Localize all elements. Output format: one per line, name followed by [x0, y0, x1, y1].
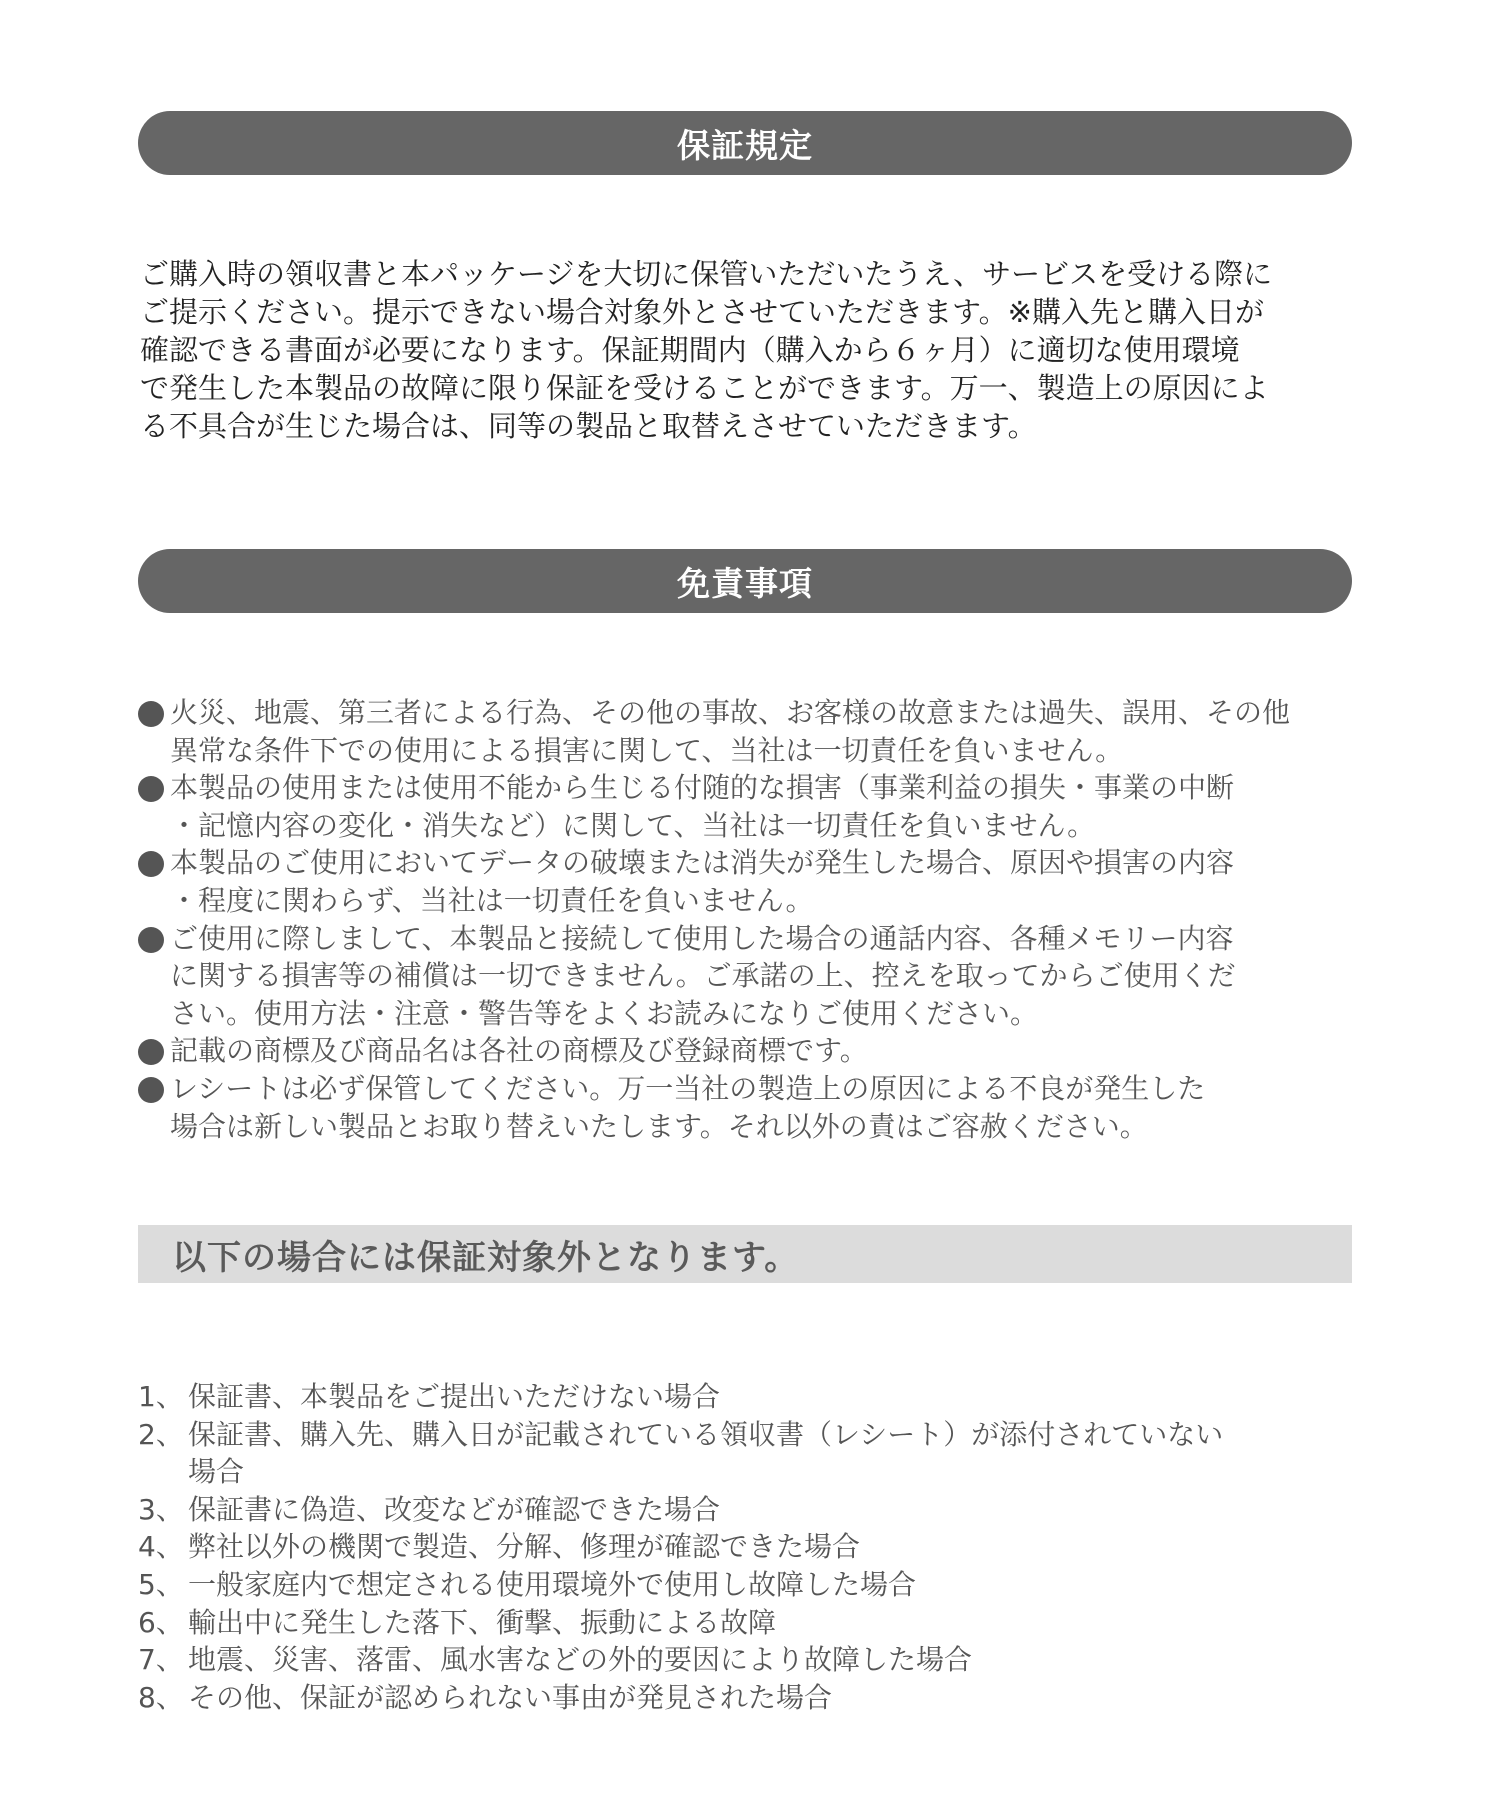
bullet-circle-icon — [138, 776, 164, 802]
exclusion-section-title: 以下の場合には保証対象外となります。 — [172, 1230, 799, 1279]
disclaimer-line: さい。使用方法・注意・警告等をよくお読みになりご使用ください。 — [170, 995, 1368, 1033]
exclusion-item-number: 3、 — [138, 1491, 184, 1529]
disclaimer-line: レシートは必ず保管してください。万一当社の製造上の原因による不良が発生した — [170, 1070, 1368, 1108]
exclusion-item: 4、 弊社以外の機関で製造、分解、修理が確認できた場合 — [138, 1528, 1368, 1566]
warranty-line: る不具合が生じた場合は、同等の製品と取替えさせていただきます。 — [140, 407, 1362, 445]
disclaimer-line: 異常な条件下での使用による損害に関して、当社は一切責任を負いません。 — [170, 732, 1368, 770]
exclusion-item-number: 2、 — [138, 1416, 184, 1454]
disclaimer-line: ・程度に関わらず、当社は一切責任を負いません。 — [170, 882, 1368, 920]
exclusion-item-number: 8、 — [138, 1679, 184, 1717]
exclusion-line: 弊社以外の機関で製造、分解、修理が確認できた場合 — [188, 1528, 1368, 1566]
warranty-line: 確認できる書面が必要になります。保証期間内（購入から６ヶ月）に適切な使用環境 — [140, 331, 1362, 369]
disclaimer-item: ご使用に際しまして、本製品と接続して使用した場合の通話内容、各種メモリー内容 に… — [138, 920, 1368, 1033]
exclusion-line: 保証書に偽造、改変などが確認できた場合 — [188, 1491, 1368, 1529]
disclaimer-list: 火災、地震、第三者による行為、その他の事故、お客様の故意または過失、誤用、その他… — [138, 694, 1368, 1145]
exclusion-item-number: 4、 — [138, 1528, 184, 1566]
warranty-paragraph: ご購入時の領収書と本パッケージを大切に保管いただいたうえ、サービスを受ける際に … — [140, 255, 1362, 445]
disclaimer-item: レシートは必ず保管してください。万一当社の製造上の原因による不良が発生した 場合… — [138, 1070, 1368, 1145]
exclusion-item-number: 6、 — [138, 1604, 184, 1642]
warranty-section-header: 保証規定 — [138, 111, 1352, 175]
exclusion-line: 保証書、購入先、購入日が記載されている領収書（レシート）が添付されていない — [188, 1416, 1368, 1454]
exclusion-line: 保証書、本製品をご提出いただけない場合 — [188, 1378, 1368, 1416]
exclusion-line: 場合 — [188, 1453, 1368, 1491]
exclusion-item: 1、 保証書、本製品をご提出いただけない場合 — [138, 1378, 1368, 1416]
exclusion-item: 8、 その他、保証が認められない事由が発見された場合 — [138, 1679, 1368, 1717]
disclaimer-line: に関する損害等の補償は一切できません。ご承諾の上、控えを取ってからご使用くだ — [170, 957, 1368, 995]
exclusion-line: その他、保証が認められない事由が発見された場合 — [188, 1679, 1368, 1717]
disclaimer-item: 本製品のご使用においてデータの破壊または消失が発生した場合、原因や損害の内容 ・… — [138, 844, 1368, 919]
exclusion-section-header: 以下の場合には保証対象外となります。 — [138, 1225, 1352, 1283]
exclusion-item-number: 7、 — [138, 1641, 184, 1679]
disclaimer-line: ・記憶内容の変化・消失など）に関して、当社は一切責任を負いません。 — [170, 807, 1368, 845]
bullet-circle-icon — [138, 927, 164, 953]
bullet-circle-icon — [138, 1039, 164, 1065]
exclusion-line: 輸出中に発生した落下、衝撃、振動による故障 — [188, 1604, 1368, 1642]
disclaimer-line: 場合は新しい製品とお取り替えいたします。それ以外の責はご容赦ください。 — [170, 1108, 1368, 1146]
exclusion-item: 7、 地震、災害、落雷、風水害などの外的要因により故障した場合 — [138, 1641, 1368, 1679]
disclaimer-section-title: 免責事項 — [677, 558, 813, 605]
warranty-line: で発生した本製品の故障に限り保証を受けることができます。万一、製造上の原因によ — [140, 369, 1362, 407]
exclusion-line: 一般家庭内で想定される使用環境外で使用し故障した場合 — [188, 1566, 1368, 1604]
exclusion-list: 1、 保証書、本製品をご提出いただけない場合 2、 保証書、購入先、購入日が記載… — [138, 1378, 1368, 1716]
disclaimer-line: 本製品の使用または使用不能から生じる付随的な損害（事業利益の損失・事業の中断 — [170, 769, 1368, 807]
warranty-line: ご購入時の領収書と本パッケージを大切に保管いただいたうえ、サービスを受ける際に — [140, 255, 1362, 293]
exclusion-item: 6、 輸出中に発生した落下、衝撃、振動による故障 — [138, 1604, 1368, 1642]
warranty-line: ご提示ください。提示できない場合対象外とさせていただきます。※購入先と購入日が — [140, 293, 1362, 331]
disclaimer-section-header: 免責事項 — [138, 549, 1352, 613]
exclusion-item: 3、 保証書に偽造、改変などが確認できた場合 — [138, 1491, 1368, 1529]
warranty-section-title: 保証規定 — [677, 120, 813, 167]
exclusion-item: 5、 一般家庭内で想定される使用環境外で使用し故障した場合 — [138, 1566, 1368, 1604]
bullet-circle-icon — [138, 701, 164, 727]
bullet-circle-icon — [138, 851, 164, 877]
bullet-circle-icon — [138, 1077, 164, 1103]
exclusion-item: 2、 保証書、購入先、購入日が記載されている領収書（レシート）が添付されていない… — [138, 1416, 1368, 1491]
exclusion-line: 地震、災害、落雷、風水害などの外的要因により故障した場合 — [188, 1641, 1368, 1679]
disclaimer-line: 記載の商標及び商品名は各社の商標及び登録商標です。 — [170, 1032, 1368, 1070]
disclaimer-line: 本製品のご使用においてデータの破壊または消失が発生した場合、原因や損害の内容 — [170, 844, 1368, 882]
disclaimer-item: 本製品の使用または使用不能から生じる付随的な損害（事業利益の損失・事業の中断 ・… — [138, 769, 1368, 844]
disclaimer-line: 火災、地震、第三者による行為、その他の事故、お客様の故意または過失、誤用、その他 — [170, 694, 1368, 732]
exclusion-item-number: 1、 — [138, 1378, 184, 1416]
disclaimer-item: 火災、地震、第三者による行為、その他の事故、お客様の故意または過失、誤用、その他… — [138, 694, 1368, 769]
disclaimer-line: ご使用に際しまして、本製品と接続して使用した場合の通話内容、各種メモリー内容 — [170, 920, 1368, 958]
exclusion-item-number: 5、 — [138, 1566, 184, 1604]
disclaimer-item: 記載の商標及び商品名は各社の商標及び登録商標です。 — [138, 1032, 1368, 1070]
